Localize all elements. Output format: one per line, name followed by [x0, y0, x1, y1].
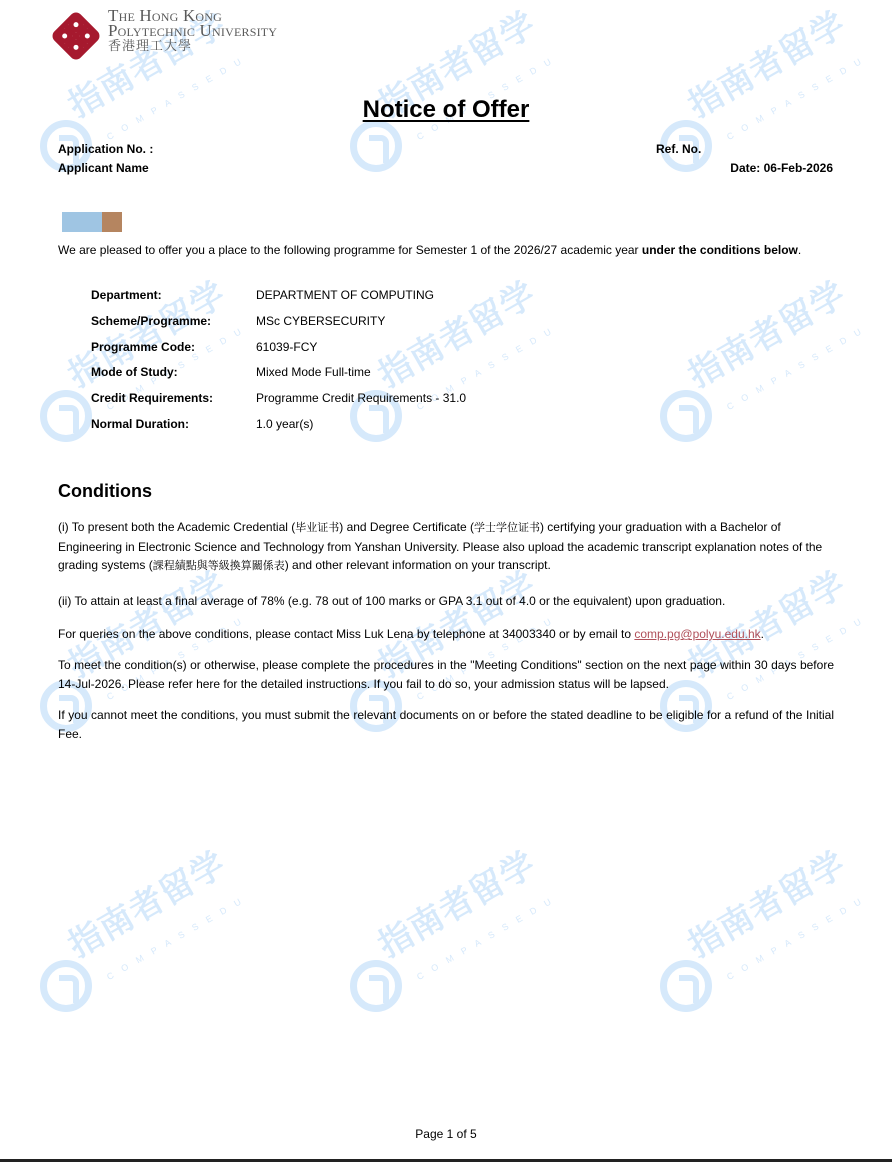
watermark-text: 指南者留学: [678, 837, 854, 967]
condition-1-chinese: 毕业证书: [295, 521, 339, 534]
watermark-text: 指南者留学: [368, 837, 544, 967]
detail-row-programme-code: Programme Code: 61039-FCY: [91, 340, 466, 366]
condition-1-text: ) and Degree Certificate (: [339, 520, 474, 534]
university-name-chinese: 香港理工大學: [108, 39, 277, 54]
page-indicator: Page 1 of 5: [0, 1127, 892, 1141]
detail-row-department: Department: DEPARTMENT OF COMPUTING: [91, 288, 466, 314]
detail-label: Department:: [91, 288, 256, 302]
detail-row-credit-requirements: Credit Requirements: Programme Credit Re…: [91, 391, 466, 417]
detail-label: Credit Requirements:: [91, 391, 256, 405]
watermark-subtext: COMPASSEDU: [105, 892, 251, 982]
queries-text: For queries on the above conditions, ple…: [58, 627, 634, 641]
condition-1-chinese: 課程績點與等級換算關係表: [153, 559, 285, 572]
detail-value: Mixed Mode Full-time: [256, 365, 371, 379]
compassedu-logo-icon: [40, 960, 92, 1012]
condition-1-text: (i) To present both the Academic Credent…: [58, 520, 295, 534]
detail-label: Scheme/Programme:: [91, 314, 256, 328]
detail-row-programme: Scheme/Programme: MSc CYBERSECURITY: [91, 314, 466, 340]
detail-row-normal-duration: Normal Duration: 1.0 year(s): [91, 417, 466, 443]
detail-label: Mode of Study:: [91, 365, 256, 379]
meeting-conditions-note: To meet the condition(s) or otherwise, p…: [58, 656, 834, 693]
university-name-line2: Polytechnic University: [108, 23, 277, 38]
condition-1: (i) To present both the Academic Credent…: [58, 518, 834, 576]
watermark: 指南者留学 COMPASSEDU: [660, 330, 860, 450]
university-logo: The Hong Kong Polytechnic University 香港理…: [50, 8, 277, 62]
polyu-knot-logo-icon: [50, 10, 102, 62]
compassedu-logo-icon: [660, 390, 712, 442]
queries-suffix: .: [761, 627, 764, 641]
watermark-text: 指南者留学: [58, 837, 234, 967]
detail-value: MSc CYBERSECURITY: [256, 314, 385, 328]
watermark-subtext: COMPASSEDU: [415, 892, 561, 982]
programme-details: Department: DEPARTMENT OF COMPUTING Sche…: [91, 288, 466, 443]
application-no-label: Application No. :: [58, 142, 153, 156]
watermark: 指南者留学 COMPASSEDU: [40, 900, 240, 1020]
applicant-name-label: Applicant Name: [58, 161, 149, 175]
refund-note: If you cannot meet the conditions, you m…: [58, 706, 834, 743]
compassedu-logo-icon: [660, 960, 712, 1012]
ref-no-label: Ref. No.: [656, 142, 701, 156]
intro-bold-text: under the conditions below: [642, 243, 798, 257]
detail-value: Programme Credit Requirements - 31.0: [256, 391, 466, 405]
watermark: 指南者留学 COMPASSEDU: [350, 900, 550, 1020]
page-title: Notice of Offer: [0, 96, 892, 124]
intro-text: We are pleased to offer you a place to t…: [58, 243, 642, 257]
detail-value: DEPARTMENT OF COMPUTING: [256, 288, 434, 302]
watermark-text: 指南者留学: [678, 267, 854, 397]
queries-contact: For queries on the above conditions, ple…: [58, 625, 834, 644]
conditions-heading: Conditions: [58, 481, 152, 502]
condition-1-text: ) and other relevant information on your…: [285, 558, 551, 572]
redaction-block: [62, 212, 122, 232]
watermark-subtext: COMPASSEDU: [725, 892, 871, 982]
detail-row-mode-of-study: Mode of Study: Mixed Mode Full-time: [91, 365, 466, 391]
watermark: 指南者留学 COMPASSEDU: [660, 900, 860, 1020]
redaction-block-blue: [62, 212, 102, 232]
detail-value: 61039-FCY: [256, 340, 317, 354]
detail-value: 1.0 year(s): [256, 417, 313, 431]
offer-intro: We are pleased to offer you a place to t…: [58, 243, 801, 257]
compassedu-logo-icon: [350, 960, 402, 1012]
compassedu-logo-icon: [350, 120, 402, 172]
detail-label: Programme Code:: [91, 340, 256, 354]
redaction-block-brown: [102, 212, 122, 232]
condition-1-chinese: 学士学位证书: [474, 521, 540, 534]
intro-suffix: .: [798, 243, 801, 257]
email-link[interactable]: comp.pg@polyu.edu.hk: [634, 627, 760, 641]
condition-2: (ii) To attain at least a final average …: [58, 592, 834, 611]
offer-date: Date: 06-Feb-2026: [730, 161, 833, 175]
detail-label: Normal Duration:: [91, 417, 256, 431]
watermark-subtext: COMPASSEDU: [725, 322, 871, 412]
compassedu-logo-icon: [40, 390, 92, 442]
